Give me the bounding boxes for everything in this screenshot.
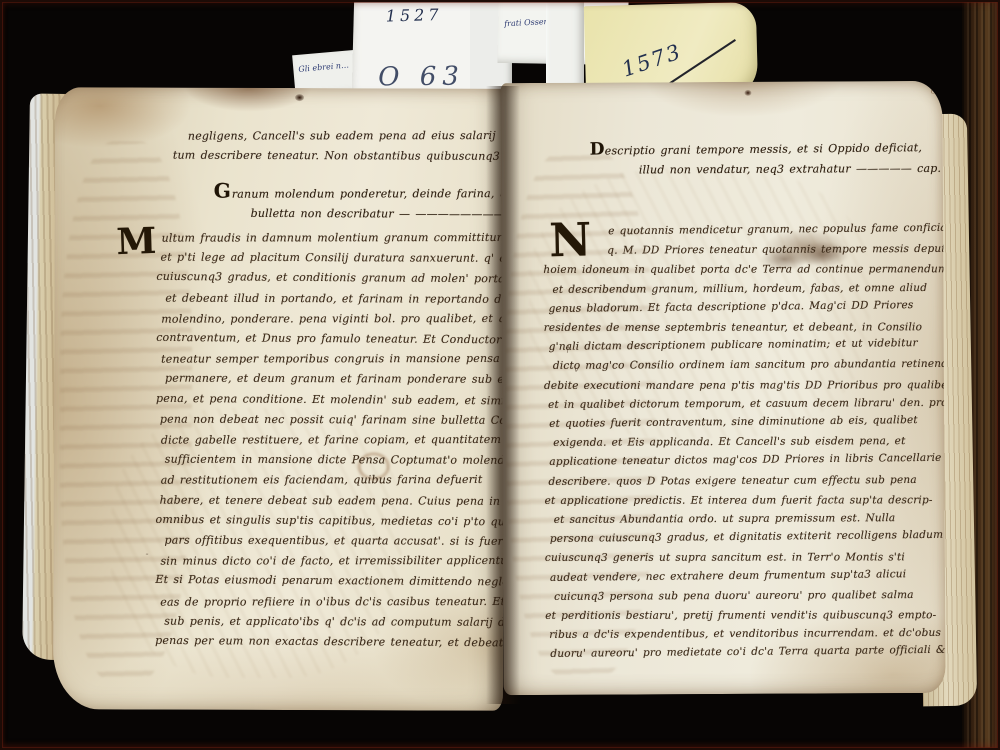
manuscript-text-line: Et si Potas eiusmodi penarum exactionem … xyxy=(155,570,505,593)
manuscript-text-line: dicto mag'co Consilio ordinem iam sancit… xyxy=(553,355,946,376)
manuscript-text-line: Granum molendum ponderetur, deinde farin… xyxy=(214,180,505,205)
illuminated-initial-m: M xyxy=(116,223,157,260)
manuscript-text-line: penas per eum non exactas describere ten… xyxy=(155,631,505,654)
manuscript-text-line: pena non debeat nec possit cuiq' farinam… xyxy=(160,409,505,431)
left-body-lines: ultum fraudis in damnum molentium granum… xyxy=(159,228,505,654)
manuscript-text-line: g'nali dictam descriptionem publicare no… xyxy=(549,334,945,357)
manuscript-text-line: cuicunq3 persona sub pena duoru' aureoru… xyxy=(554,586,946,607)
manuscript-text-line: negligens, Cancell's sub eadem pena ad e… xyxy=(174,126,505,147)
right-body-paragraph: N e quotannis mendicetur granum, nec pop… xyxy=(547,221,945,665)
tab-1573-number: 1573 xyxy=(619,39,685,81)
manuscript-text-line: et debeant illud in portando, et farinam… xyxy=(165,288,505,310)
left-opening-lines: negligens, Cancell's sub eadem pena ad e… xyxy=(173,126,505,167)
manuscript-text-line: e quotannis mendicetur granum, nec popul… xyxy=(548,219,944,242)
manuscript-text-line: describere. quos D Potas exigere teneatu… xyxy=(548,470,944,491)
folio-number: 68 xyxy=(930,86,943,97)
manuscript-text-line: et p'ti lege ad placitum Consilij duratu… xyxy=(160,248,505,270)
manuscript-text-line: cuiuscunq3 gradus, et conditionis granum… xyxy=(156,267,505,290)
manuscript-text-line: debite executioni mandare pena p'tis mag… xyxy=(544,376,940,396)
right-chapter-heading: Descriptio grani tempore messis, et si O… xyxy=(589,137,942,181)
left-body-paragraph: M ultum fraudis in damnum molentium gran… xyxy=(159,228,505,654)
manuscript-text-line: Descriptio grani tempore messis, et si O… xyxy=(590,136,943,162)
manuscript-photo: Gli ebrei n… 1527 O 63 frati Osserv.' h…… xyxy=(0,0,1000,750)
right-margin-mark-cross: † xyxy=(566,345,571,355)
manuscript-text-line: sufficientem in mansione dicte Pensa Cop… xyxy=(165,450,505,472)
manuscript-text-line: tum describere teneatur. Non obstantibus… xyxy=(173,146,505,167)
manuscript-text-line: audeat vendere, nec extrahere deum frume… xyxy=(550,564,946,587)
right-margin-mark-v: v xyxy=(574,365,579,375)
manuscript-text-line: dicte gabelle restituere, et farine copi… xyxy=(161,430,505,451)
bookmark-strip xyxy=(546,0,584,94)
manuscript-text-line: et perditionis bestiaru', pretij frument… xyxy=(545,606,941,626)
manuscript-text-line: teneatur semper temporibus congruis in m… xyxy=(161,349,505,370)
manuscript-text-line: ultum fraudis in damnum molentium granum… xyxy=(162,228,506,249)
left-chapter-heading: Granum molendum ponderetur, deinde farin… xyxy=(213,180,505,225)
manuscript-text-line: q. M. DD Priores teneatur quotannis temp… xyxy=(547,240,943,261)
manuscript-text-line: et quoties fuerit contraventum, sine dim… xyxy=(549,411,945,434)
manuscript-text-line: genus bladorum. Et facta descriptione p'… xyxy=(548,296,944,319)
manuscript-text-line: eas de proprio refiiere in o'ibus dc'is … xyxy=(160,592,505,613)
manuscript-text-line: persona cuiuscunq3 gradus, et dignitatis… xyxy=(550,526,946,549)
tab-1527-number: 1527 xyxy=(386,5,443,25)
burn-mark xyxy=(295,94,304,101)
manuscript-text-line: contraventum, et Dnus pro famulo teneatu… xyxy=(156,328,505,351)
manuscript-text-line: sub penis, et applicato'ibs q' dc'is ad … xyxy=(164,611,505,633)
manuscript-text-line: duoru' aureoru' pro medietate co'i dc'a … xyxy=(550,641,945,664)
manuscript-text-line: illud non vendatur, neq3 extrahatur ————… xyxy=(589,159,941,181)
manuscript-text-line: et applicatione predictis. Et interea du… xyxy=(545,491,941,511)
manuscript-text-line: molendino, ponderare. pena viginti bol. … xyxy=(161,309,505,330)
manuscript-text-line: sin minus dicto co'i de facto, et irremi… xyxy=(160,551,505,572)
right-page: 68 Descriptio grani tempore messis, et s… xyxy=(500,81,945,695)
left-margin-dash: - xyxy=(145,550,148,560)
worm-hole xyxy=(744,90,751,96)
manuscript-text-line: pars offitibus exequentibus, et quarta a… xyxy=(164,531,505,553)
manuscript-text-line: pena, et pena conditione. Et molendin' s… xyxy=(156,389,505,412)
bookmark-note-text: Gli ebrei n… xyxy=(298,61,349,74)
right-body-lines: e quotannis mendicetur granum, nec popul… xyxy=(547,221,945,665)
manuscript-text-line: habere, et tenere debeat sub eadem pena.… xyxy=(160,490,505,512)
manuscript-text-line: hoiem idoneum in qualibet porta dc'e Ter… xyxy=(543,261,939,281)
manuscript-text-line: omnibus et singulis sup'tis capitibus, m… xyxy=(156,510,506,533)
left-page: negligens, Cancell's sub eadem pena ad e… xyxy=(53,87,505,711)
manuscript-text-line: bulletta non describatur — ———————— Cap. xyxy=(213,204,505,225)
manuscript-text-line: applicatione teneatur dictos mag'cos DD … xyxy=(549,449,945,472)
manuscript-text-line: permanere, et deum granum et farinam pon… xyxy=(165,369,505,391)
manuscript-text-line: ad restitutionem eis faciendam, quibus f… xyxy=(161,470,505,491)
